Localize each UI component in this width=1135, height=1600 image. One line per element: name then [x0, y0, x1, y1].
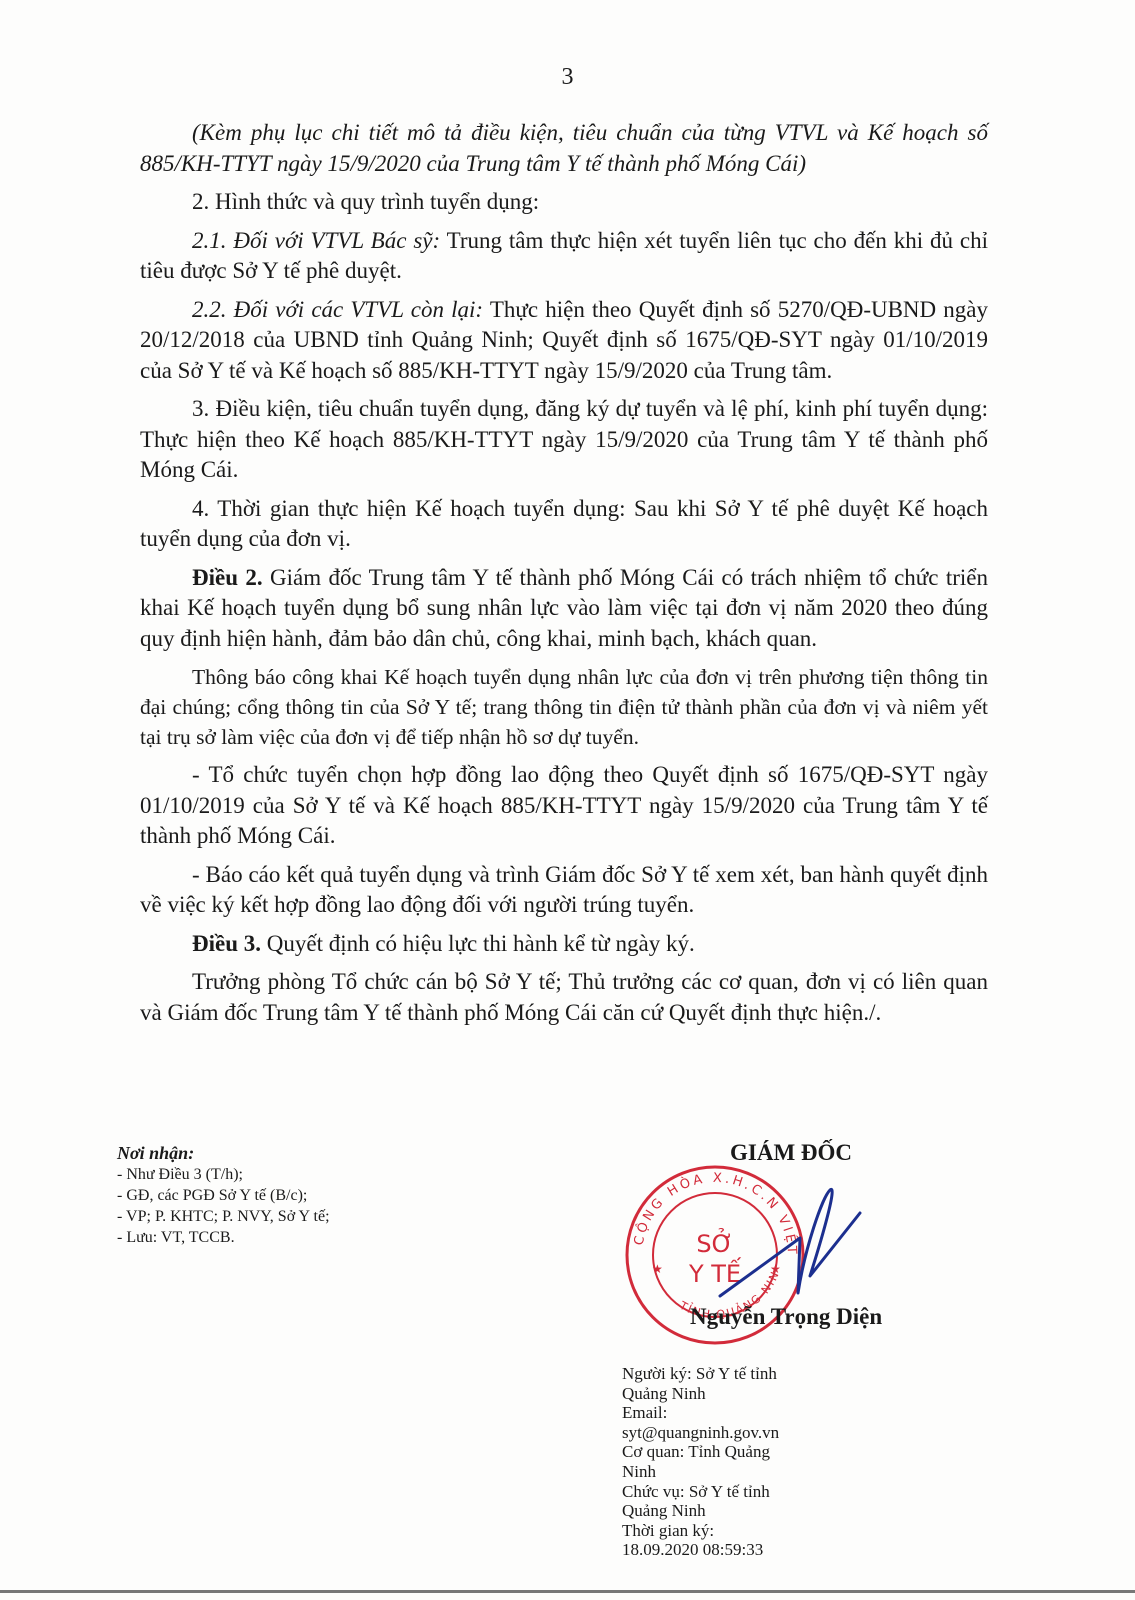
handwritten-signature-icon — [710, 1178, 870, 1308]
signer-info-line: Quảng Ninh — [622, 1501, 822, 1521]
signer-info-line: Email: — [622, 1403, 822, 1423]
recipients-block: Nơi nhận: - Như Điều 3 (T/h); - GĐ, các … — [117, 1143, 330, 1248]
svg-text:★: ★ — [652, 1262, 663, 1276]
article-2-label: Điều 2. — [192, 565, 263, 590]
article-3-label: Điều 3. — [192, 931, 261, 956]
section-2-1: 2.1. Đối với VTVL Bác sỹ: Trung tâm thực… — [140, 226, 988, 287]
digital-signature-info: Người ký: Sở Y tế tỉnh Quảng Ninh Email:… — [622, 1364, 822, 1560]
signer-title: GIÁM ĐỐC — [730, 1140, 852, 1166]
signer-info-line: Chức vụ: Sở Y tế tỉnh — [622, 1482, 822, 1502]
document-body: (Kèm phụ lục chi tiết mô tả điều kiện, t… — [140, 118, 988, 1036]
signer-info-line: Cơ quan: Tỉnh Quảng — [622, 1442, 822, 1462]
article-3-text: Quyết định có hiệu lực thi hành kể từ ng… — [261, 931, 695, 956]
closing-paragraph: Trưởng phòng Tổ chức cán bộ Sở Y tế; Thủ… — [140, 967, 988, 1028]
signer-info-line: Quảng Ninh — [622, 1384, 822, 1404]
section-4: 4. Thời gian thực hiện Kế hoạch tuyển dụ… — [140, 494, 988, 555]
signer-info-line: 18.09.2020 08:59:33 — [622, 1540, 822, 1560]
section-2-2-label: 2.2. Đối với các VTVL còn lại: — [192, 297, 483, 322]
recipients-title: Nơi nhận: — [117, 1143, 330, 1164]
article-2-bullet-1: - Tổ chức tuyển chọn hợp đồng lao động t… — [140, 760, 988, 852]
recipient-item: - GĐ, các PGĐ Sở Y tế (B/c); — [117, 1185, 330, 1206]
appendix-note: (Kèm phụ lục chi tiết mô tả điều kiện, t… — [140, 118, 988, 179]
signer-info-line: Ninh — [622, 1462, 822, 1482]
page-bottom-edge — [0, 1590, 1135, 1593]
article-2-text: Giám đốc Trung tâm Y tế thành phố Móng C… — [140, 565, 988, 651]
signer-name: Nguyễn Trọng Diện — [690, 1304, 882, 1330]
section-2-heading: 2. Hình thức và quy trình tuyển dụng: — [140, 187, 988, 218]
article-2-notice: Thông báo công khai Kế hoạch tuyển dụng … — [140, 662, 988, 752]
signer-info-line: Người ký: Sở Y tế tỉnh — [622, 1364, 822, 1384]
page-number: 3 — [0, 64, 1135, 91]
recipient-item: - VP; P. KHTC; P. NVY, Sở Y tế; — [117, 1206, 330, 1227]
recipient-item: - Như Điều 3 (T/h); — [117, 1164, 330, 1185]
article-3: Điều 3. Quyết định có hiệu lực thi hành … — [140, 929, 988, 960]
recipient-item: - Lưu: VT, TCCB. — [117, 1227, 330, 1248]
signer-info-line: syt@quangninh.gov.vn — [622, 1423, 822, 1443]
section-2-2: 2.2. Đối với các VTVL còn lại: Thực hiện… — [140, 295, 988, 387]
section-2-1-label: 2.1. Đối với VTVL Bác sỹ: — [192, 228, 440, 253]
signer-info-line: Thời gian ký: — [622, 1521, 822, 1541]
article-2-bullet-2: - Báo cáo kết quả tuyển dụng và trình Gi… — [140, 860, 988, 921]
section-3: 3. Điều kiện, tiêu chuẩn tuyển dụng, đăn… — [140, 394, 988, 486]
article-2: Điều 2. Giám đốc Trung tâm Y tế thành ph… — [140, 563, 988, 655]
